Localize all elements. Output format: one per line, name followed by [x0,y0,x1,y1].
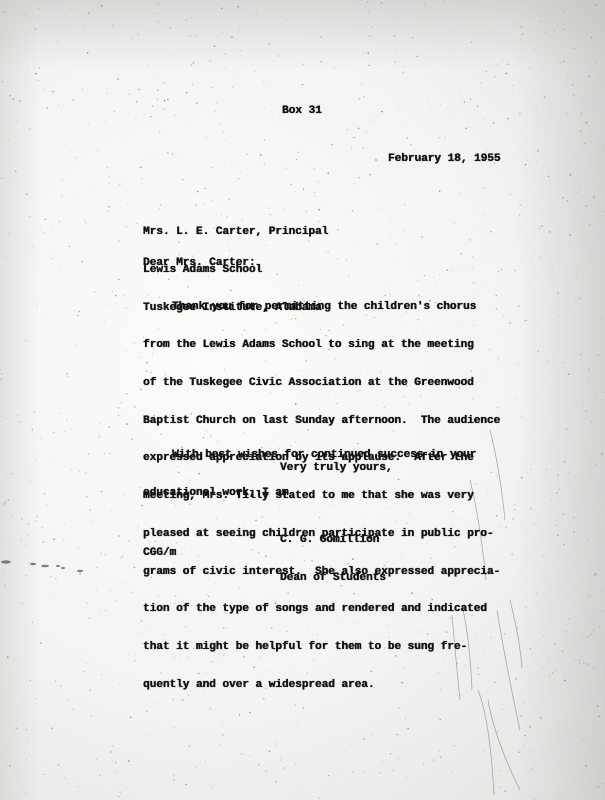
signature-block: C. G. Gomillion Dean of Students [280,509,386,610]
signer-title: Dean of Students [280,572,386,585]
scan-shadow-left [0,0,40,800]
body-line: quently and over a widespread area. [143,679,500,692]
file-code: Box 31 [282,105,322,118]
salutation: Dear Mrs. Carter: [143,257,255,270]
scan-shadow-right [515,0,605,800]
recipient-line: Mrs. L. E. Carter, Principal [143,226,328,239]
body-line: that it might be helpful for them to be … [143,641,500,654]
body-line: Thank you for permitting the children's … [143,301,500,314]
body-line: educational work, I am [143,487,476,500]
letter-date: February 18, 1955 [388,153,500,166]
body-line: of the Tuskegee Civic Association at the… [143,377,500,390]
body-line: With best wishes for continued success i… [143,449,476,462]
scan-shadow-top [0,0,605,70]
scanned-letter-page: Box 31 February 18, 1955 Mrs. L. E. Cart… [0,0,605,800]
reference-initials: CGG/m [143,547,176,560]
body-line: from the Lewis Adams School to sing at t… [143,339,500,352]
signer-name: C. G. Gomillion [280,534,386,547]
complimentary-close: Very truly yours, [280,462,392,475]
